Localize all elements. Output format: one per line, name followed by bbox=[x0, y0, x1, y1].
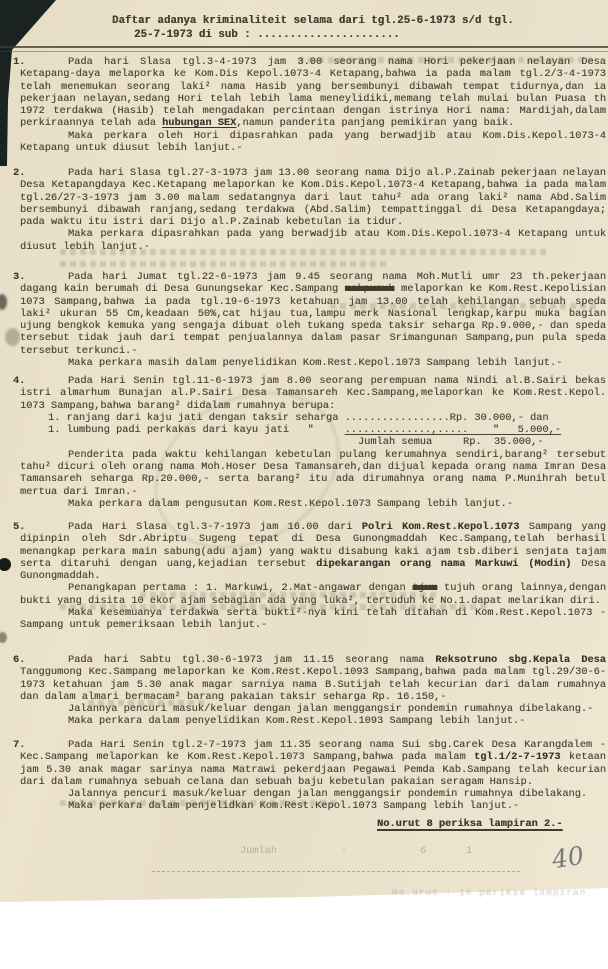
body-text: Pada hari Sabtu tgl.30-6-1973 jam 11.15 … bbox=[68, 654, 435, 666]
emphasized-text: tgl.1/2-7-1973 bbox=[474, 751, 561, 763]
title-line-2: 25-7-1973 di sub : .....................… bbox=[134, 29, 514, 43]
item-number: 7. bbox=[13, 739, 25, 751]
item-number: 2. bbox=[13, 167, 25, 179]
item-paragraph: Pada hari Sabtu tgl.30-6-1973 jam 11.15 … bbox=[20, 654, 606, 703]
item-row-line: 1. ranjang dari kaju jati dengan taksir … bbox=[48, 412, 606, 424]
item-number: 1. bbox=[13, 56, 25, 68]
item-paragraph: Jalannya pencuri masuk/keluar dengan jal… bbox=[20, 788, 606, 800]
bleedthrough-mark bbox=[60, 261, 390, 267]
report-item-1: 1.Pada hari Slasa tgl.3-4-1973 jam 3.00 … bbox=[20, 56, 606, 154]
report-item-5: 5.Pada Hari Slasa tgl.3-7-1973 jam 16.00… bbox=[20, 521, 606, 632]
body-text: Maka kesemuanya terdakwa serta bukti²-ny… bbox=[20, 607, 606, 631]
body-text: 1. ranjang dari kaju jati dengan taksir … bbox=[48, 412, 549, 424]
item-number: 6. bbox=[13, 654, 25, 666]
footer-note: No.urut 8 periksa lampiran 2.- bbox=[377, 818, 562, 830]
summary-count-1: 6 bbox=[420, 845, 426, 857]
body-text: Maka perkara dalam penjelidkan Kom.Rest.… bbox=[68, 800, 519, 812]
bleedthrough-footer-text: No.urut : 16 periksa lampiran bbox=[392, 887, 586, 898]
summary-count-2: 1 bbox=[466, 845, 472, 857]
title-divider-rule bbox=[0, 46, 608, 52]
body-text: ,namun panderita panjang pemikiran yang … bbox=[236, 117, 514, 129]
item-paragraph: Maka perkara dalam penjelidkan Kom.Rest.… bbox=[20, 800, 606, 812]
body-text: Maka perkara oleh Hori dipasrahkan pada … bbox=[20, 130, 606, 154]
emphasized-text: hubungan SEX bbox=[162, 117, 236, 129]
item-number: 4. bbox=[13, 375, 25, 387]
scanned-document-page: Daftar adanya kriminaliteit selama dari … bbox=[0, 0, 608, 969]
item-paragraph: Pada hari Slasa tgl.27-3-1973 jam 13.00 … bbox=[20, 167, 606, 228]
body-text: Maka perkara dalam pengusutan Kom.Rest.K… bbox=[68, 498, 513, 510]
body-text: Jalannya pencuri masuk/keluar dengan jal… bbox=[68, 703, 593, 715]
title-line-1: Daftar adanya kriminaliteit selama dari … bbox=[112, 15, 514, 29]
faint-bottom-rule bbox=[152, 871, 520, 872]
handwritten-page-mark: 40 bbox=[550, 841, 586, 875]
report-item-7: 7.Pada Hari Senin tgl.2-7-1973 jam 11.35… bbox=[20, 739, 606, 813]
item-paragraph: Pada hari Slasa tgl.3-4-1973 jam 3.00 se… bbox=[20, 56, 606, 130]
item-paragraph: Maka perkara dalam pengusutan Kom.Rest.K… bbox=[20, 498, 606, 510]
body-text: Maka perkara dalam penyelidikan Kom.Rest… bbox=[68, 715, 525, 727]
emphasized-text: ..............,..... " 5.000,- bbox=[345, 424, 561, 436]
report-item-4: 4.Pada Hari Senin tgl.11-6-1973 jam 8.00… bbox=[20, 375, 606, 510]
item-paragraph: Pada Hari Senin tgl.2-7-1973 jam 11.35 s… bbox=[20, 739, 606, 788]
item-number: 3. bbox=[13, 271, 25, 283]
item-paragraph: Maka perkara masih dalam penyelidikan Ko… bbox=[20, 357, 606, 369]
overstruck-text: tjux bbox=[412, 582, 437, 594]
body-text: Pada Hari Slasa tgl.3-7-1973 jam 16.00 d… bbox=[68, 521, 362, 533]
body-text: Penderita pada waktu kehilangan kebetula… bbox=[20, 449, 606, 498]
item-paragraph: Penderita pada waktu kehilangan kebetula… bbox=[20, 449, 606, 498]
body-text: Maka perkara dipasrahkan pada yang berwa… bbox=[20, 228, 606, 252]
body-text: 1. lumbung padi perkakas dari kayu jati … bbox=[48, 424, 345, 436]
item-paragraph: Maka perkara oleh Hori dipasrahkan pada … bbox=[20, 130, 606, 155]
report-item-2: 2.Pada hari Slasa tgl.27-3-1973 jam 13.0… bbox=[20, 167, 606, 253]
body-text: Pada hari Slasa tgl.27-3-1973 jam 13.00 … bbox=[20, 167, 606, 228]
report-item-6: 6.Pada hari Sabtu tgl.30-6-1973 jam 11.1… bbox=[20, 654, 606, 728]
body-text: Jumlah semua Rp. 35.000,- bbox=[358, 436, 543, 448]
emphasized-text: Polri Kom.Rest.Kepol.1073 bbox=[362, 521, 520, 533]
paper-blemish bbox=[5, 328, 20, 346]
item-paragraph: Pada hari Jumat tgl.22-6-1973 jam 9.45 s… bbox=[20, 271, 606, 357]
item-paragraph: Maka kesemuanya terdakwa serta bukti²-ny… bbox=[20, 607, 606, 632]
summary-row: Jumlah - 6 1 bbox=[0, 845, 608, 859]
body-text: Penangkapan pertama : 1. Markuwi, 2.Mat-… bbox=[68, 582, 412, 594]
body-text: Jalannya pencuri masuk/keluar dengan jal… bbox=[68, 788, 587, 800]
item-paragraph: Pada Hari Senin tgl.11-6-1973 jam 8.00 s… bbox=[20, 375, 606, 412]
item-paragraph: Jalannya pencuri masuk/keluar dengan jal… bbox=[20, 703, 606, 715]
summary-label: Jumlah bbox=[240, 845, 277, 857]
item-row-line: 1. lumbung padi perkakas dari kayu jati … bbox=[48, 424, 606, 436]
item-paragraph: Maka perkara dipasrahkan pada yang berwa… bbox=[20, 228, 606, 253]
document-title: Daftar adanya kriminaliteit selama dari … bbox=[112, 15, 514, 42]
item-paragraph: Penangkapan pertama : 1. Markuwi, 2.Mat-… bbox=[20, 582, 606, 607]
item-paragraph: Pada Hari Slasa tgl.3-7-1973 jam 16.00 d… bbox=[20, 521, 606, 582]
emphasized-text: Reksotruno sbg.Kepala Desa bbox=[435, 654, 606, 666]
overstruck-text: makpurxk bbox=[345, 283, 394, 295]
body-text: Pada Hari Senin tgl.11-6-1973 jam 8.00 s… bbox=[20, 375, 606, 412]
summary-dash: - bbox=[341, 845, 347, 857]
report-item-3: 3.Pada hari Jumat tgl.22-6-1973 jam 9.45… bbox=[20, 271, 606, 369]
item-total-line: Jumlah semua Rp. 35.000,- bbox=[358, 436, 606, 448]
body-text: Tanggumong Kec.Sampang melaporkan ke Kom… bbox=[20, 666, 606, 703]
body-text: Maka perkara masih dalam penyelidikan Ko… bbox=[68, 357, 562, 369]
emphasized-text: dipekarangan orang nama Markuwi (Modin) bbox=[316, 558, 571, 570]
item-number: 5. bbox=[13, 521, 25, 533]
item-paragraph: Maka perkara dalam penyelidikan Kom.Rest… bbox=[20, 715, 606, 727]
